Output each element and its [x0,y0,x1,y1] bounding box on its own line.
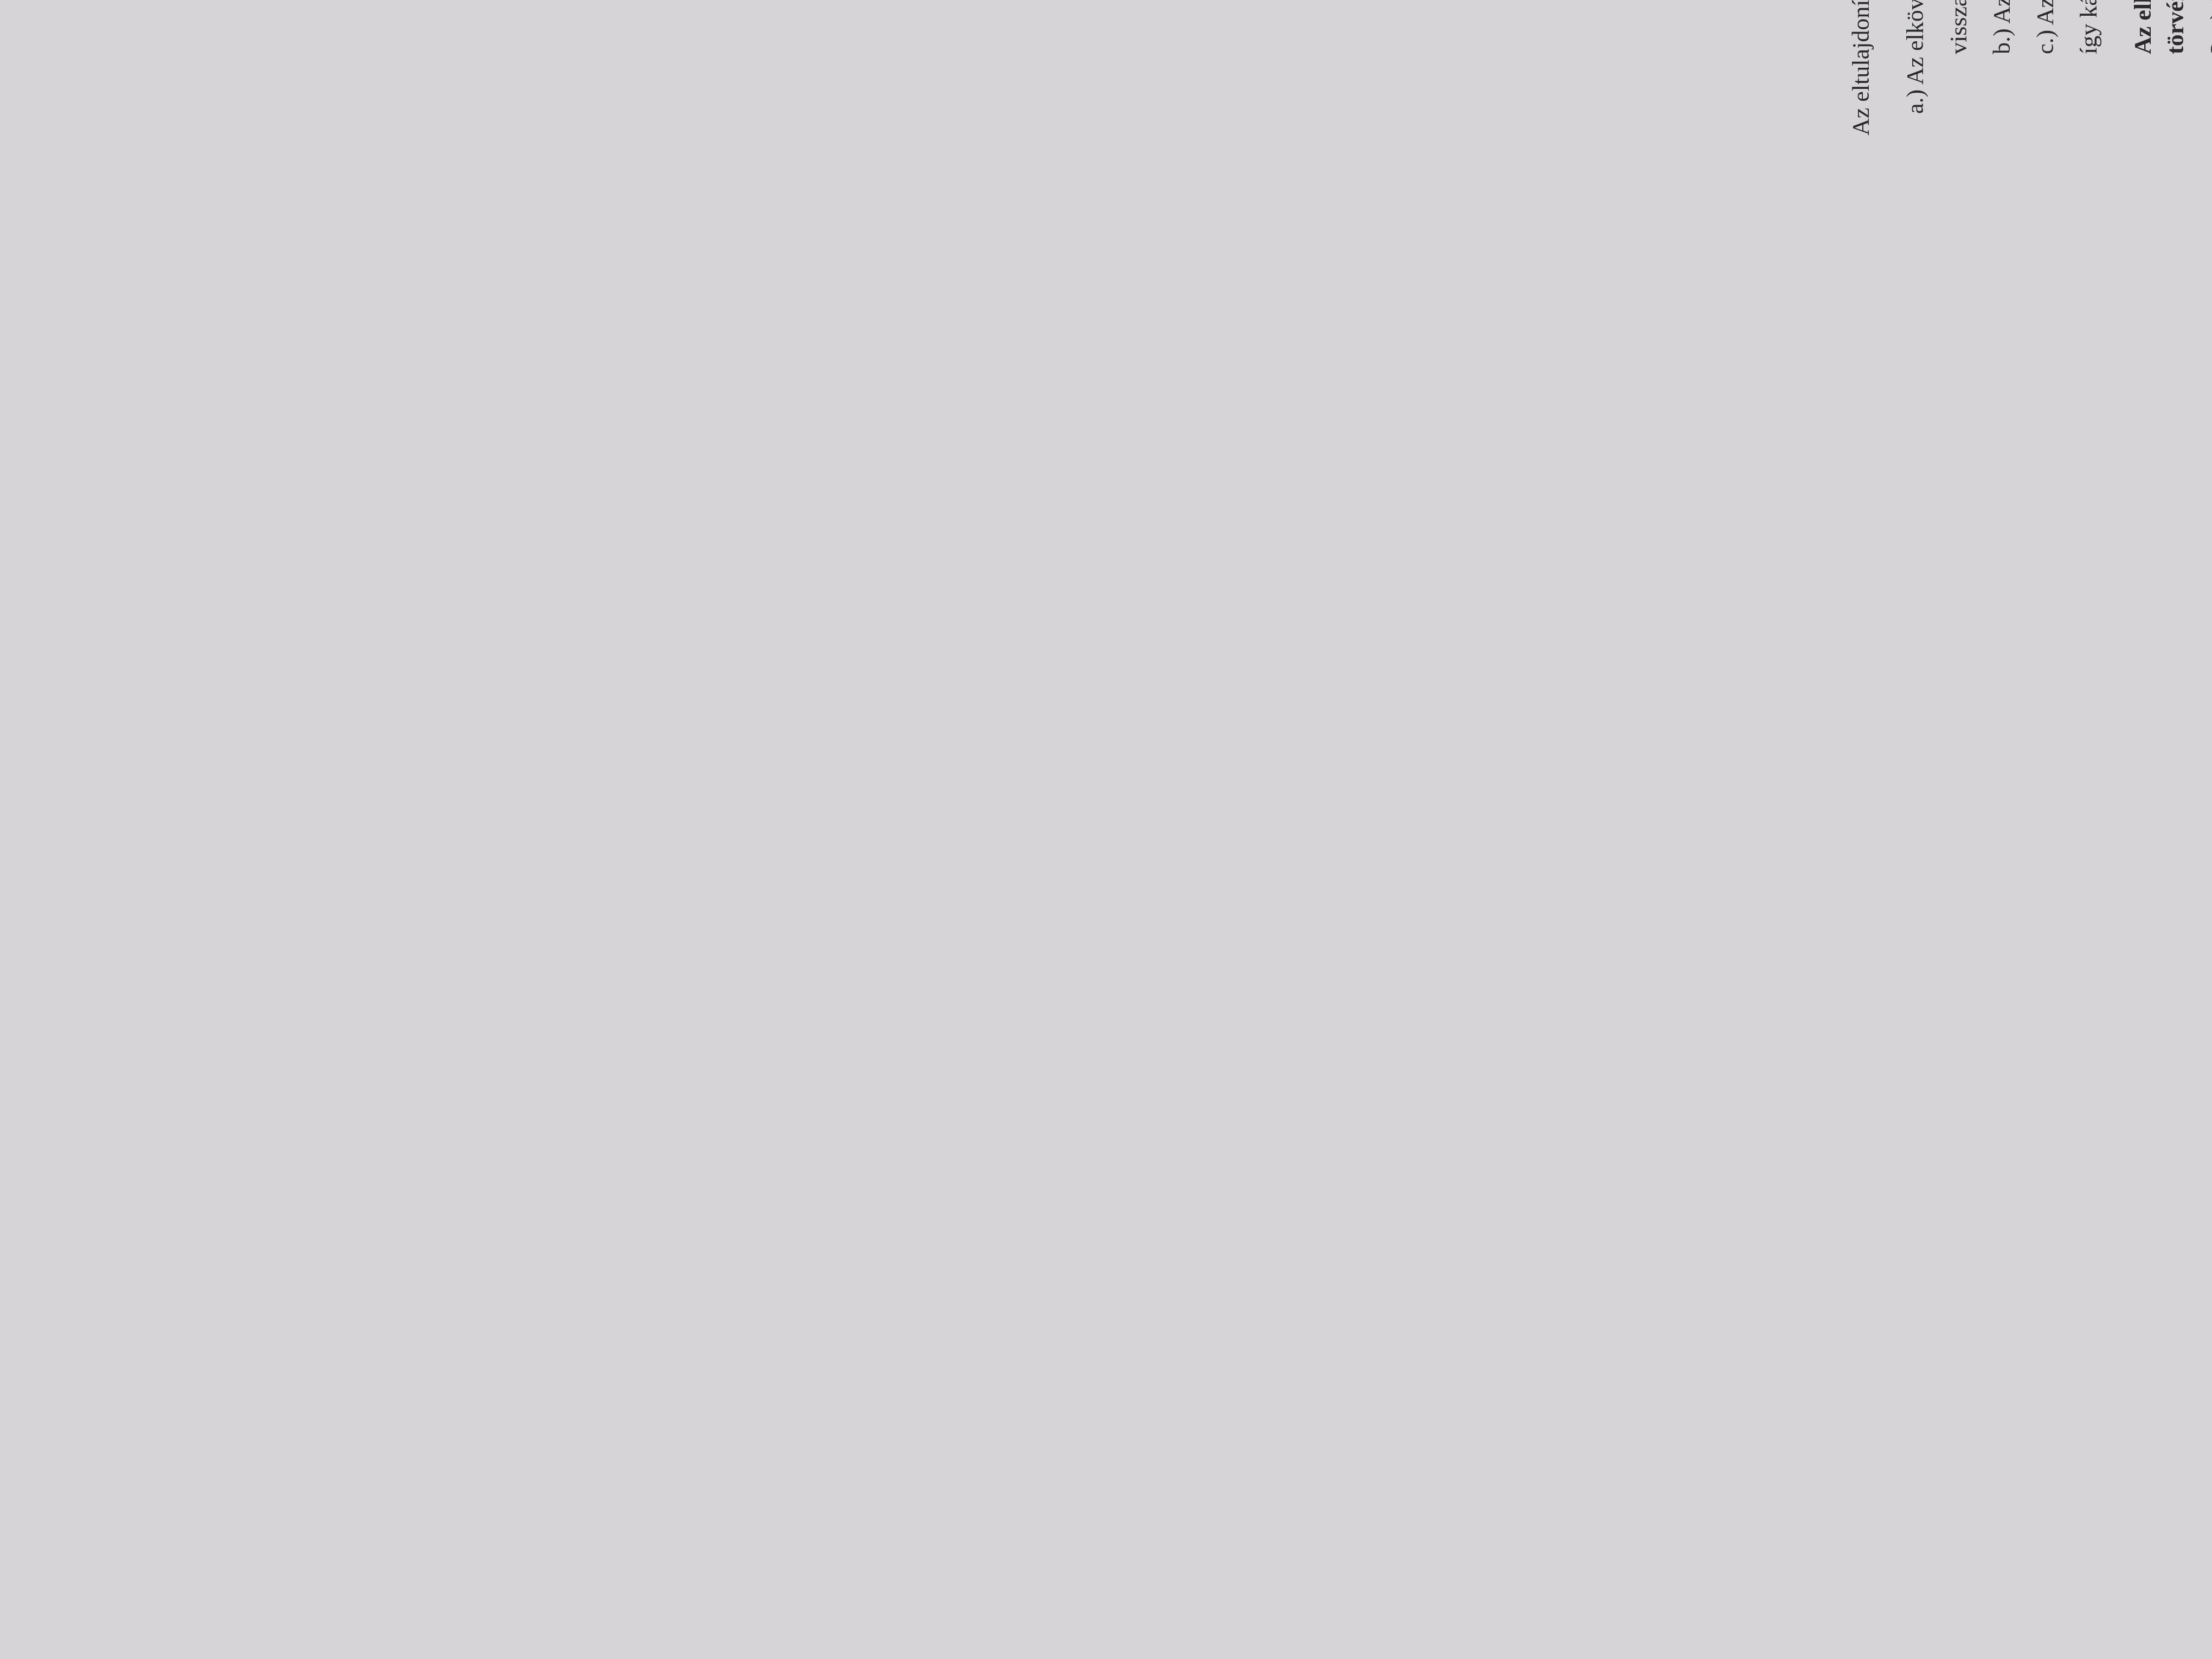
b-line: b.) Az elkövető az árut ......Nem.......… [1984,0,2020,54]
c-line: c.) Az elkövető által eltulajdonított ár… [2028,0,2063,54]
c-cont: így kárunk nem térült meg. [2071,0,2107,54]
rotated-content: Az eltulajdonított áruk összértéke: ....… [1843,0,2212,136]
document-page: Az eltulajdonított áruk összértéke: ....… [0,0,2212,1659]
value-line: Az eltulajdonított áruk összértéke: ....… [1843,0,1879,136]
claim-line-1: Az elkövető által okozott kár tekintetéb… [2125,0,2161,54]
question-3a: 3. a) Az elkövető a cselekmény elkövetés… [2201,0,2212,54]
claim-line-2: törvény 85.§-a alapján fenntartjuk. [2158,0,2194,54]
a-cont: visszavettük, így kárunk megtérült. [1941,0,1977,54]
a-line: a.) Az elkövető által eltulajdonított : … [1898,0,1933,114]
